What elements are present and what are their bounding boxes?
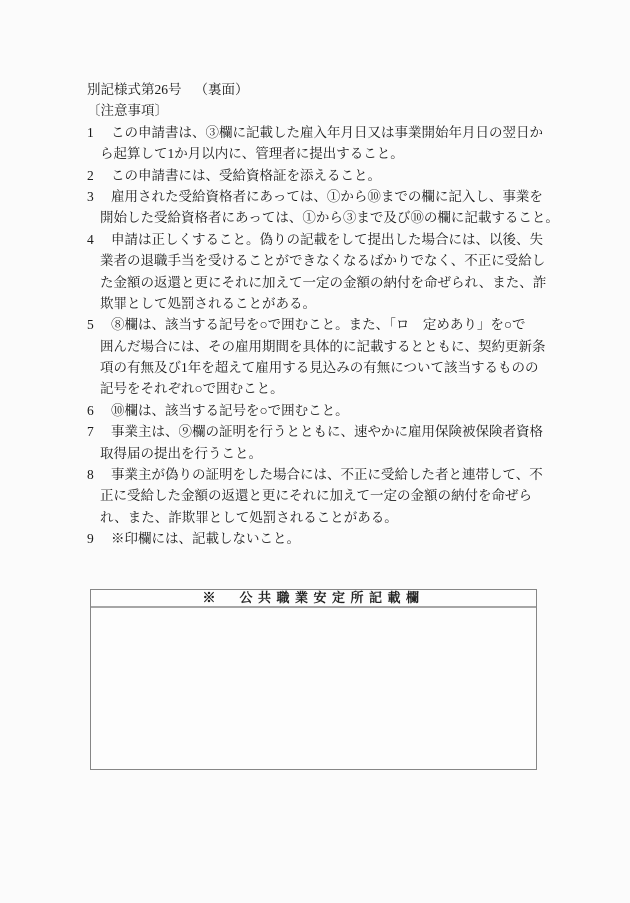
note-line: 6⑩欄は、該当する記号を○で囲むこと。 xyxy=(87,400,557,421)
note-number: 8 xyxy=(87,464,111,485)
note-number: 5 xyxy=(87,314,111,335)
section-title: 〔注意事項〕 xyxy=(87,100,557,121)
note-line: 取得届の提出を行うこと。 xyxy=(87,443,557,464)
note-line: 7事業主は、⑨欄の証明を行うとともに、速やかに雇用保険被保険者資格 xyxy=(87,421,557,442)
note-text: この申請書は、③欄に記載した雇入年月日又は事業開始年月日の翌日か xyxy=(111,125,543,140)
note-number: 1 xyxy=(87,122,111,143)
note-text: 雇用された受給資格者にあっては、①から⑩までの欄に記入し、事業を xyxy=(111,189,543,204)
note-line: 9※印欄には、記載しないこと。 xyxy=(87,528,557,549)
note-line: 欺罪として処罰されることがある。 xyxy=(87,293,557,314)
psa-office-box-body xyxy=(91,608,536,768)
note-line: 2この申請書には、受給資格証を添えること。 xyxy=(87,165,557,186)
note-text: ⑧欄は、該当する記号を○で囲むこと。また、「ロ 定めあり」を○で xyxy=(111,317,526,332)
note-line: 業者の退職手当を受けることができなくなるばかりでなく、不正に受給し xyxy=(87,250,557,271)
note-line: 5⑧欄は、該当する記号を○で囲むこと。また、「ロ 定めあり」を○で xyxy=(87,314,557,335)
note-line: 1この申請書は、③欄に記載した雇入年月日又は事業開始年月日の翌日か xyxy=(87,122,557,143)
note-line: ら起算して1か月以内に、管理者に提出すること。 xyxy=(87,143,557,164)
note-text: この申請書には、受給資格証を添えること。 xyxy=(111,168,381,183)
note-line: 開始した受給資格者にあっては、①から③まで及び⑩の欄に記載すること。 xyxy=(87,207,557,228)
document-body: 別記様式第26号（裏面） 〔注意事項〕 1この申請書は、③欄に記載した雇入年月日… xyxy=(87,79,557,550)
note-text: 事業主は、⑨欄の証明を行うとともに、速やかに雇用保険被保険者資格 xyxy=(111,424,543,439)
note-line: 囲んだ場合には、その雇用期間を具体的に記載するとともに、契約更新条 xyxy=(87,336,557,357)
note-line: た金額の返還と更にそれに加えて一定の金額の納付を命ぜられ、また、詐 xyxy=(87,272,557,293)
psa-office-box: ※ 公共職業安定所記載欄 xyxy=(90,589,537,770)
note-line: 8事業主が偽りの証明をした場合には、不正に受給した者と連帯して、不 xyxy=(87,464,557,485)
note-line: 4申請は正しくすること。偽りの記載をして提出した場合には、以後、失 xyxy=(87,229,557,250)
note-text: ⑩欄は、該当する記号を○で囲むこと。 xyxy=(111,403,349,418)
note-number: 2 xyxy=(87,165,111,186)
note-line: 正に受給した金額の返還と更にそれに加えて一定の金額の納付を命ぜら xyxy=(87,485,557,506)
form-back-page: 別記様式第26号（裏面） 〔注意事項〕 1この申請書は、③欄に記載した雇入年月日… xyxy=(0,0,630,903)
note-line: 項の有無及び1年を超えて雇用する見込みの有無について該当するものの xyxy=(87,357,557,378)
note-line: 記号をそれぞれ○で囲むこと。 xyxy=(87,378,557,399)
note-text: ※印欄には、記載しないこと。 xyxy=(111,531,300,546)
note-line: 3雇用された受給資格者にあっては、①から⑩までの欄に記入し、事業を xyxy=(87,186,557,207)
note-number: 4 xyxy=(87,229,111,250)
note-text: 事業主が偽りの証明をした場合には、不正に受給した者と連帯して、不 xyxy=(111,467,543,482)
note-text: 申請は正しくすること。偽りの記載をして提出した場合には、以後、失 xyxy=(111,232,543,247)
note-number: 7 xyxy=(87,421,111,442)
note-number: 9 xyxy=(87,528,111,549)
note-line: れ、また、詐欺罪として処罰されることがある。 xyxy=(87,507,557,528)
form-id: 別記様式第26号 xyxy=(87,82,182,97)
note-number: 6 xyxy=(87,400,111,421)
note-number: 3 xyxy=(87,186,111,207)
form-title-line: 別記様式第26号（裏面） xyxy=(87,79,557,100)
side-label: （裏面） xyxy=(195,82,249,97)
notes-list: 1この申請書は、③欄に記載した雇入年月日又は事業開始年月日の翌日から起算して1か… xyxy=(87,122,557,550)
psa-office-box-header: ※ 公共職業安定所記載欄 xyxy=(91,590,536,608)
